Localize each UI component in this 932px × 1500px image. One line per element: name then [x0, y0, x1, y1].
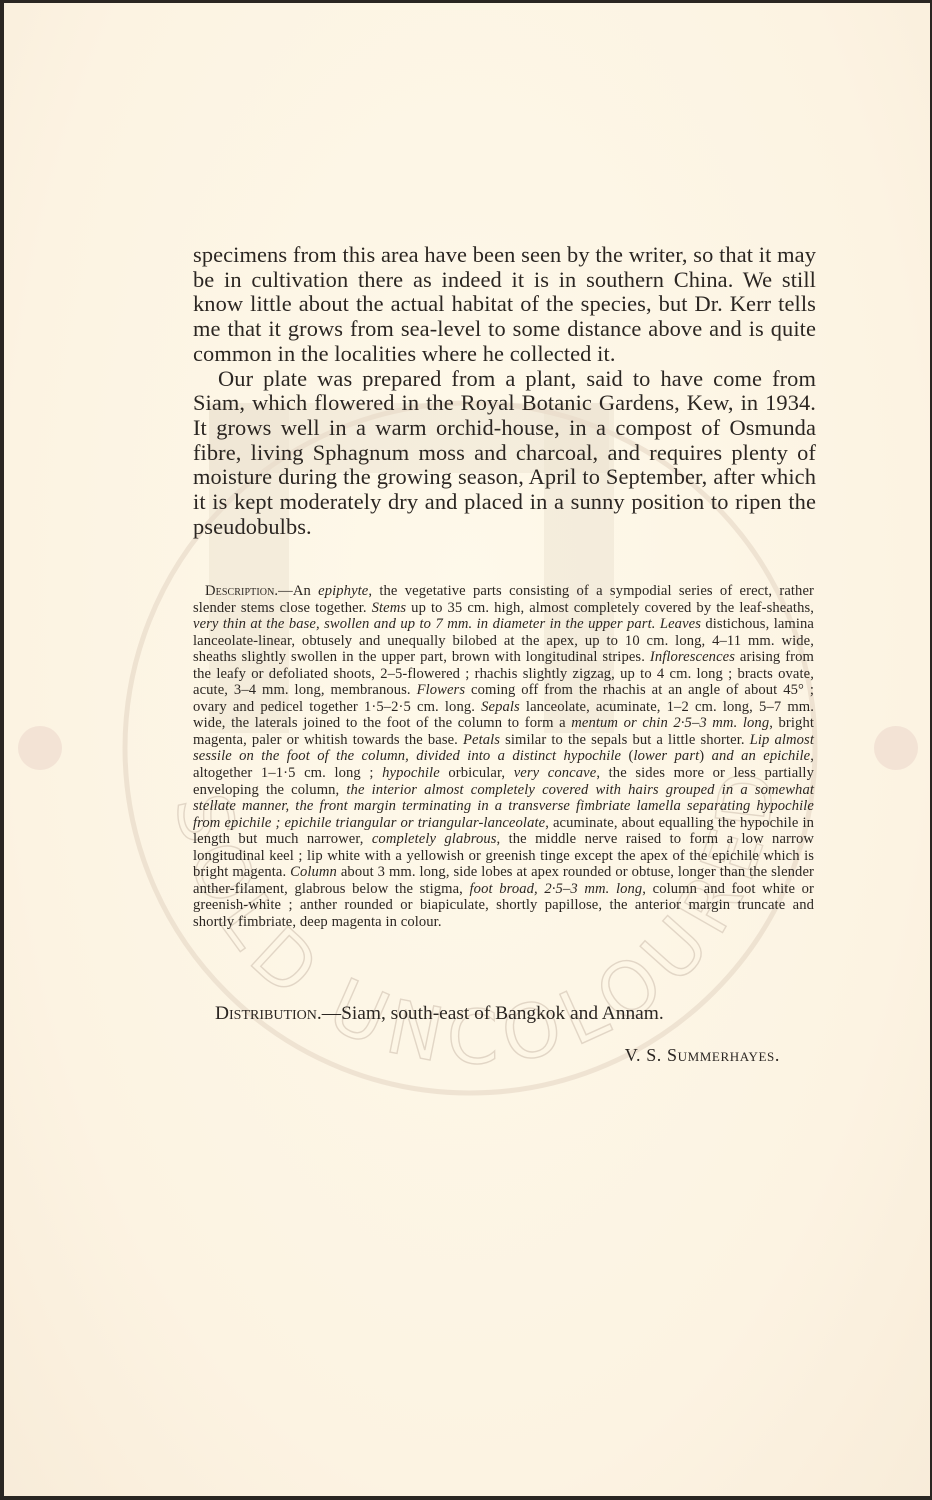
distribution-line: Distribution.—Siam, south-east of Bangko… — [215, 1003, 815, 1025]
description-section: Description.—An epiphyte, the vegetative… — [193, 583, 814, 930]
author-surname: Summerhayes. — [667, 1045, 780, 1065]
distribution-text: —Siam, south-east of Bangkok and Annam. — [322, 1003, 664, 1024]
author-initials: V. S. — [625, 1045, 667, 1065]
body-paragraph-2: Our plate was prepared from a plant, sai… — [193, 367, 816, 540]
description-paragraph: Description.—An epiphyte, the vegetative… — [193, 583, 814, 930]
body-text: specimens from this area have been seen … — [193, 243, 816, 539]
distribution-heading: Distribution. — [215, 1003, 322, 1024]
description-heading: Description. — [205, 583, 278, 599]
author-signature: V. S. Summerhayes. — [625, 1045, 780, 1066]
document-page: SOLD UNCOLOURED specimens from this area… — [4, 3, 930, 1496]
body-paragraph-1: specimens from this area have been seen … — [193, 243, 816, 367]
description-body: —An epiphyte, the vegetative parts consi… — [193, 583, 814, 930]
